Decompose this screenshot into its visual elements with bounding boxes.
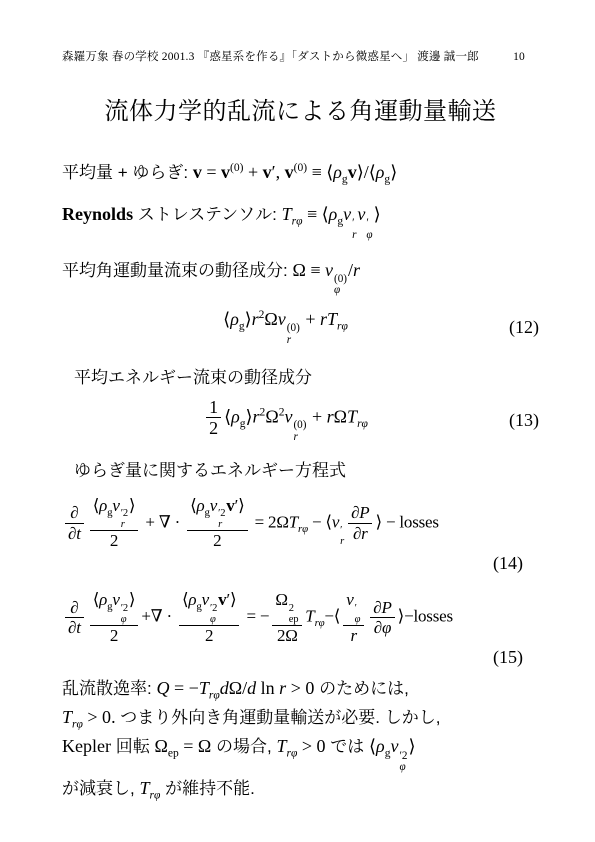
equation-15-label-row: (15) [62, 647, 539, 668]
paragraph-line: Trφ > 0. つまり外向き角運動量輸送が必要. しかし, [62, 703, 539, 732]
equation-12-body: ⟨ρg⟩r2Ωv(0)r + rTrφ [62, 309, 509, 347]
page-header: 森羅万象 春の学校 2001.3 『惑星系を作る』「ダストから微惑星へ」 渡邊 … [62, 48, 539, 64]
paragraph-turbulence: 乱流散逸率: Q = −TrφdΩ/d ln r > 0 のためには, Trφ … [62, 674, 539, 803]
line-angular-momentum-flux: 平均角運動量流束の動径成分: Ω ≡ v(0)φ/r [62, 257, 539, 298]
paragraph-line: 乱流散逸率: Q = −TrφdΩ/d ln r > 0 のためには, [62, 674, 539, 703]
paragraph-line: Kepler 回転 Ωep = Ω の場合, Trφ > 0 では ⟨ρgv′2… [62, 732, 539, 774]
equation-15-label: (15) [493, 647, 523, 667]
heading-fluctuation-energy: ゆらぎ量に関するエネルギー方程式 [62, 457, 539, 484]
equation-13: 12⟨ρg⟩r2Ω2v(0)r + rΩTrφ (13) [62, 397, 539, 444]
equation-14-label: (14) [493, 553, 523, 573]
equation-14-label-row: (14) [62, 553, 539, 574]
paragraph-line: が減衰し, Trφ が維持不能. [62, 774, 539, 803]
equation-14-body: ∂∂t⟨ρgv′2r⟩2 + ∇ · ⟨ρgv′2rv′⟩2 = 2ΩTrφ −… [62, 496, 539, 551]
heading-energy-flux: 平均エネルギー流束の動径成分 [62, 364, 539, 391]
equation-15-body: ∂∂t⟨ρgv′2φ⟩2+∇ · ⟨ρgv′2φv′⟩2 = −Ω2ep2ΩTr… [62, 590, 539, 645]
equation-13-label: (13) [509, 410, 539, 431]
equation-12-label: (12) [509, 317, 539, 338]
document-page: 森羅万象 春の学校 2001.3 『惑星系を作る』「ダストから微惑星へ」 渡邊 … [0, 0, 595, 842]
equation-15: ∂∂t⟨ρgv′2φ⟩2+∇ · ⟨ρgv′2φv′⟩2 = −Ω2ep2ΩTr… [62, 590, 539, 645]
line-mean-fluctuation: 平均量 + ゆらぎ: v = v(0) + v′, v(0) ≡ ⟨ρgv⟩/⟨… [62, 159, 539, 186]
header-text: 森羅万象 春の学校 2001.3 『惑星系を作る』「ダストから微惑星へ」 渡邊 … [62, 48, 479, 64]
equation-13-body: 12⟨ρg⟩r2Ω2v(0)r + rΩTrφ [62, 397, 509, 444]
equation-14: ∂∂t⟨ρgv′2r⟩2 + ∇ · ⟨ρgv′2rv′⟩2 = 2ΩTrφ −… [62, 496, 539, 551]
slide-title: 流体力学的乱流による角運動量輸送 [62, 91, 539, 126]
page-number: 10 [513, 51, 525, 63]
equation-12: ⟨ρg⟩r2Ωv(0)r + rTrφ (12) [62, 309, 539, 347]
line-reynolds-stress: Reynolds ストレステンソル: Trφ ≡ ⟨ρgv′rv′φ⟩ [62, 201, 539, 242]
